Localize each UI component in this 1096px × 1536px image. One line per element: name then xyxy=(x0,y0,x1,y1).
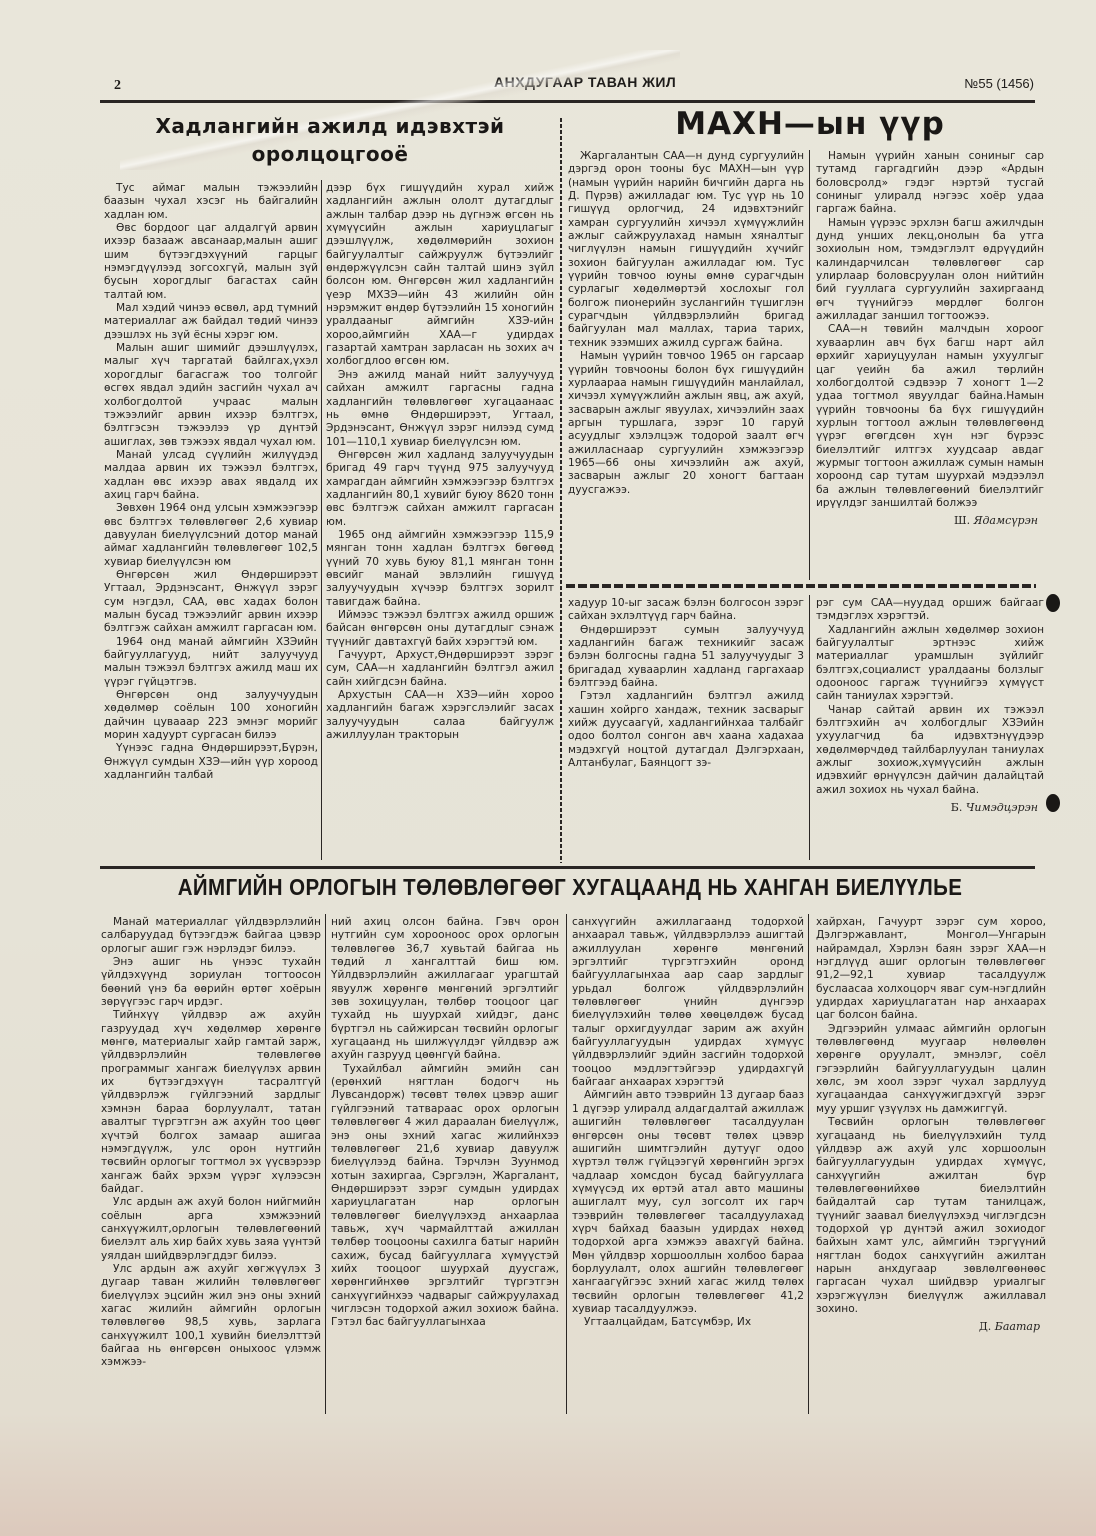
page-header: 2 АНХДУГААР ТАВАН ЖИЛ №55 (1456) xyxy=(104,72,1034,102)
column-divider xyxy=(809,150,810,580)
paragraph: Угтаалцайдам, Батсүмбэр, Их xyxy=(572,1316,804,1329)
article-2-title: МАХН—ын үүр xyxy=(570,106,1050,142)
paragraph: Энэ ажилд манай нийт залуучууд сайхан ам… xyxy=(326,369,554,449)
author-signature: Б. Чимэдцэрэн xyxy=(816,801,1044,814)
paragraph: Малын ашиг шимийг дээшлүүлэх, малыг хүч … xyxy=(104,342,318,449)
paragraph: Тус аймаг малын тэжээлийн баазын чухал х… xyxy=(104,182,318,222)
newspaper-page: 2 АНХДУГААР ТАВАН ЖИЛ №55 (1456) Хадланг… xyxy=(0,0,1096,1536)
header-rule xyxy=(100,100,1035,103)
paragraph: Тийнхүү үйлдвэр аж ахуйн газруудад хүч х… xyxy=(101,1009,321,1196)
paragraph: Хадлангийн ажлын хөдөлмөр зохион байгуул… xyxy=(816,624,1044,704)
paragraph: Гачуурт, Архуст,Өндөрширээт зэрэг сум, С… xyxy=(326,649,554,689)
paragraph: Улс ардын аж ахуй болон нийгмийн соёлын … xyxy=(101,1196,321,1263)
author-initial: Б. xyxy=(951,801,966,814)
paragraph: Өндөрширээт сумын залуучууд хадлангийн б… xyxy=(568,624,804,691)
paragraph: Өнгөрсөн жил хадланд залуучуудын бригад … xyxy=(326,449,554,529)
column-divider xyxy=(808,914,809,1414)
paragraph: Мал хэдий чинээ өсвөл, ард түмний матери… xyxy=(104,302,318,342)
binding-hole xyxy=(1046,794,1060,812)
paragraph: Өнгөрсөн жил Өндөрширээт Угтаал, Эрдэнэс… xyxy=(104,569,318,636)
author-initial: Д. xyxy=(979,1320,995,1333)
column-divider xyxy=(321,180,322,860)
article-3-column-1: Манай материаллаг үйлдвэрлэлийн салбаруу… xyxy=(101,916,321,1370)
article-1-column-2: дээр бүх гишүүдийн хурал хийж хадлангийн… xyxy=(326,182,554,742)
paragraph: Гэтэл хадлангийн бэлтгэл ажилд хашин хой… xyxy=(568,690,804,770)
paragraph: 1964 онд манай аймгийн ХЗЭийн байгууллаг… xyxy=(104,636,318,689)
paragraph: Намын үүрээс эрхлэн багш ажилчдын дунд у… xyxy=(816,217,1044,324)
article-2-column-2: Намын үүрийн ханын сониныг сар тутамд га… xyxy=(816,150,1044,528)
paragraph: Намын үүрийн ханын сониныг сар тутамд га… xyxy=(816,150,1044,217)
author-name: Баатар xyxy=(995,1320,1040,1333)
column-divider xyxy=(566,914,567,1414)
author-signature: Ш. Ядамсүрэн xyxy=(816,514,1044,527)
issue-number: №55 (1456) xyxy=(964,76,1034,91)
paragraph: хайрхан, Гачуурт зэрэг сум хороо, Дэлгэр… xyxy=(816,916,1046,1023)
paragraph: Өнгөрсөн онд залуучуудын хөдөлмөр соёлын… xyxy=(104,689,318,742)
paragraph: Улс ардын аж ахуйг хөгжүүлэх 3 дугаар та… xyxy=(101,1263,321,1370)
author-name: Чимэдцэрэн xyxy=(966,801,1038,814)
section-divider xyxy=(566,584,1036,588)
paragraph: рэг сум САА—нуудад оршиж байгааг тэмдэгл… xyxy=(816,597,1044,624)
article-1-column-4: рэг сум САА—нуудад оршиж байгааг тэмдэгл… xyxy=(816,597,1044,815)
newspaper-name: АНХДУГААР ТАВАН ЖИЛ xyxy=(494,74,676,90)
paragraph: Манай улсад сүүлийн жилүүдэд малдаа арви… xyxy=(104,449,318,502)
paragraph: санхүүгийн ажиллагаанд тодорхой анхаарал… xyxy=(572,916,804,1089)
article-1-title: Хадлангийн ажилд идэвхтэй оролцоцгооё xyxy=(110,112,550,168)
column-divider xyxy=(809,595,810,860)
article-2-column-1: Жаргалантын САА—н дунд сургуулийн дэргэд… xyxy=(568,150,804,497)
paragraph: САА—н төвийн малчдын хороог хуваарлин ав… xyxy=(816,323,1044,510)
author-initial: Ш. xyxy=(954,514,974,527)
column-divider xyxy=(325,914,326,1414)
paragraph: Аймгийн авто тээврийн 13 дугаар бааз 1 д… xyxy=(572,1089,804,1316)
paragraph: Манай материаллаг үйлдвэрлэлийн салбаруу… xyxy=(101,916,321,956)
article-3-column-4: хайрхан, Гачуурт зэрэг сум хороо, Дэлгэр… xyxy=(816,916,1046,1334)
paragraph: Намын үүрийн товчоо 1965 он гарсаар үүри… xyxy=(568,350,804,497)
page-number: 2 xyxy=(114,78,121,94)
article-1-column-1: Тус аймаг малын тэжээлийн баазын чухал х… xyxy=(104,182,318,782)
article-3-column-3: санхүүгийн ажиллагаанд тодорхой анхаарал… xyxy=(572,916,804,1330)
binding-hole xyxy=(1046,594,1060,612)
paragraph: Чанар сайтай арвин их тэжээл бэлтгэхийн … xyxy=(816,704,1044,797)
author-signature: Д. Баатар xyxy=(816,1320,1046,1333)
author-name: Ядамсүрэн xyxy=(974,514,1038,527)
article-divider xyxy=(560,118,562,863)
paragraph: Энэ ашиг нь үнээс тухайн үйлдэхүүнд зори… xyxy=(101,956,321,1009)
paragraph: ний ахиц олсон байна. Гэвч орон нутгийн … xyxy=(331,916,559,1063)
paragraph: хадуур 10-ыг засаж бэлэн болгосон зэрэг … xyxy=(568,597,804,624)
paragraph: Архустын САА—н ХЗЭ—ийн хороо хадлангийн … xyxy=(326,689,554,742)
section-rule xyxy=(100,866,1035,869)
paragraph: Эдгээрийн улмаас аймгийн орлогын төлөвлө… xyxy=(816,1023,1046,1116)
paragraph: Зөвхөн 1964 онд улсын хэмжээгээр өвс бэл… xyxy=(104,502,318,569)
article-3-title: АЙМГИЙН ОРЛОГЫН ТӨЛӨВЛӨГӨӨГ ХУГАЦААНД НЬ… xyxy=(105,874,1035,902)
paragraph: Иймээс тэжээл бэлтгэх ажилд оршиж байсан… xyxy=(326,609,554,649)
paragraph: 1965 онд аймгийн хэмжээгээр 115,9 мянган… xyxy=(326,529,554,609)
paragraph: Жаргалантын САА—н дунд сургуулийн дэргэд… xyxy=(568,150,804,350)
paragraph: Тухайлбал аймгийн эмийн сан (ерөнхий няг… xyxy=(331,1063,559,1330)
paragraph: дээр бүх гишүүдийн хурал хийж хадлангийн… xyxy=(326,182,554,369)
paragraph: Өвс бордоог цаг алдалгүй арвин ихээр баз… xyxy=(104,222,318,302)
article-3-column-2: ний ахиц олсон байна. Гэвч орон нутгийн … xyxy=(331,916,559,1330)
paragraph: Төсвийн орлогын төлөвлөгөөг хугацаанд нь… xyxy=(816,1116,1046,1316)
paragraph: Үүнээс гадна Өндөрширээт,Бүрэн, Өнжүүл с… xyxy=(104,742,318,782)
article-1-column-3: хадуур 10-ыг засаж бэлэн болгосон зэрэг … xyxy=(568,597,804,770)
